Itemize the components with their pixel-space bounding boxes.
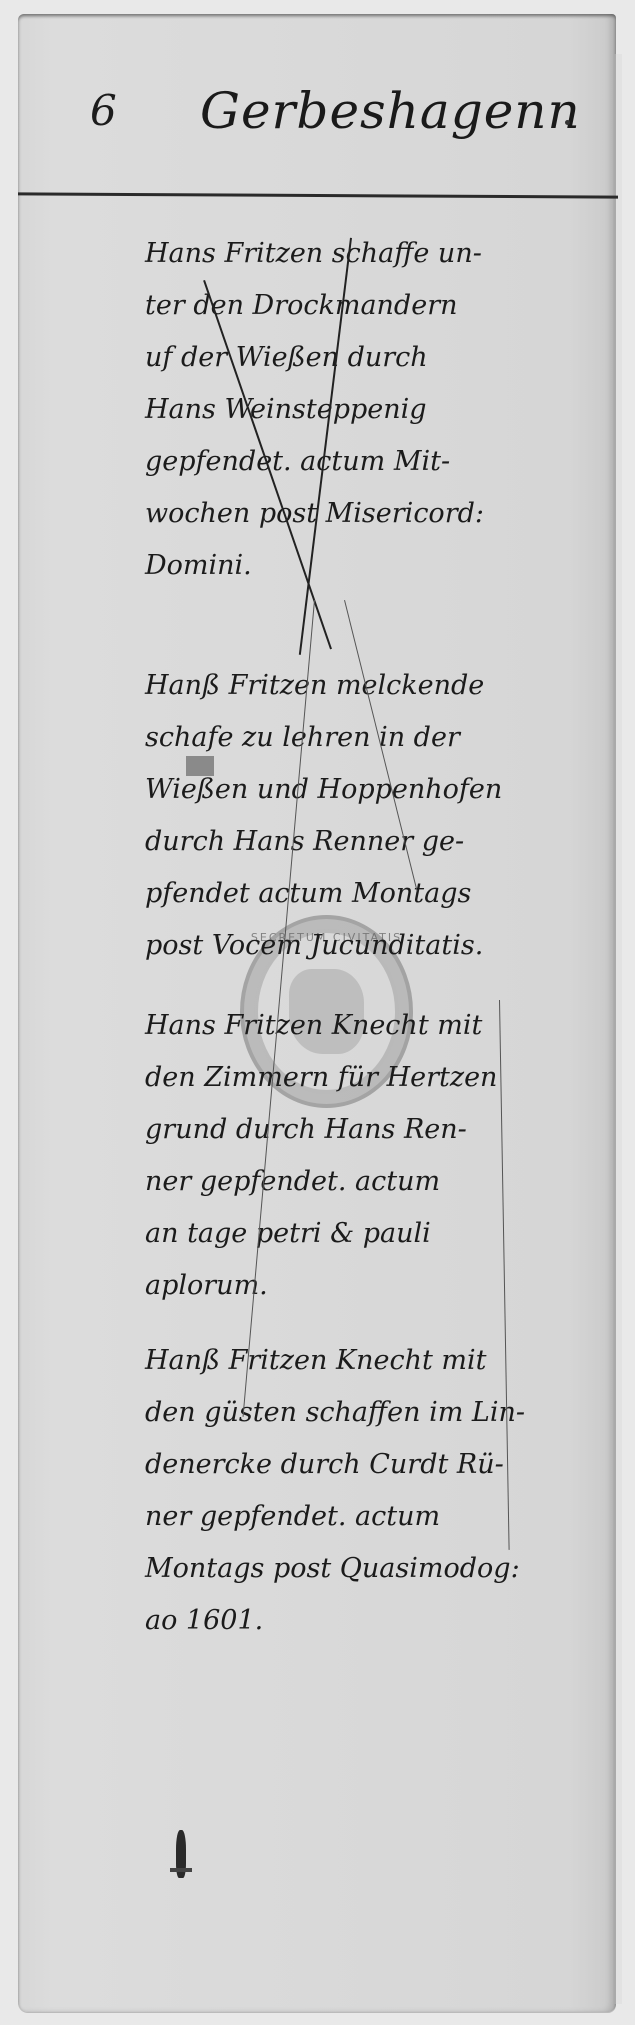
entry-line: wochen post Misericord: xyxy=(145,488,615,540)
entry-line: an tage petri & pauli xyxy=(145,1208,615,1260)
entry-line: Domini. xyxy=(145,540,615,592)
entry-line: denercke durch Curdt Rü- xyxy=(145,1439,615,1491)
entry-line: ner gepfendet. actum xyxy=(145,1491,615,1543)
entry-line: den Zimmern für Hertzen xyxy=(145,1052,615,1104)
entry-line: Hans Weinsteppenig xyxy=(145,384,615,436)
entry-2: Hanß Fritzen melckende schafe zu lehren … xyxy=(145,660,615,972)
entry-1: Hans Fritzen schaffe un- ter den Drockma… xyxy=(145,228,615,592)
entry-line: Hans Fritzen schaffe un- xyxy=(145,228,615,280)
entry-line: Hans Fritzen Knecht mit xyxy=(145,1000,615,1052)
heading-punctuation xyxy=(565,120,570,125)
entry-line: Hanß Fritzen melckende xyxy=(145,660,615,712)
entry-line: den güsten schaffen im Lin- xyxy=(145,1387,615,1439)
page-heading: Gerbeshagenn xyxy=(200,82,581,140)
entry-line: ner gepfendet. actum xyxy=(145,1156,615,1208)
page-number: 6 xyxy=(90,86,117,135)
entry-line: schafe zu lehren in der xyxy=(145,712,615,764)
entry-line: durch Hans Renner ge- xyxy=(145,816,615,868)
entry-line: Hanß Fritzen Knecht mit xyxy=(145,1335,615,1387)
entry-line: Wießen und Hoppenhofen xyxy=(145,764,615,816)
entry-line: ter den Drockmandern xyxy=(145,280,615,332)
entry-line: grund durch Hans Ren- xyxy=(145,1104,615,1156)
entry-4: Hanß Fritzen Knecht mit den güsten schaf… xyxy=(145,1335,615,1647)
entry-line: ao 1601. xyxy=(145,1595,615,1647)
entry-line: gepfendet. actum Mit- xyxy=(145,436,615,488)
ink-blot xyxy=(176,1830,186,1878)
entry-line: post Vocem Jucunditatis. xyxy=(145,920,615,972)
entry-line: uf der Wießen durch xyxy=(145,332,615,384)
entry-line: pfendet actum Montags xyxy=(145,868,615,920)
entry-line: aplorum. xyxy=(145,1260,615,1312)
entry-3: Hans Fritzen Knecht mit den Zimmern für … xyxy=(145,1000,615,1312)
entry-line: Montags post Quasimodog: xyxy=(145,1543,615,1595)
